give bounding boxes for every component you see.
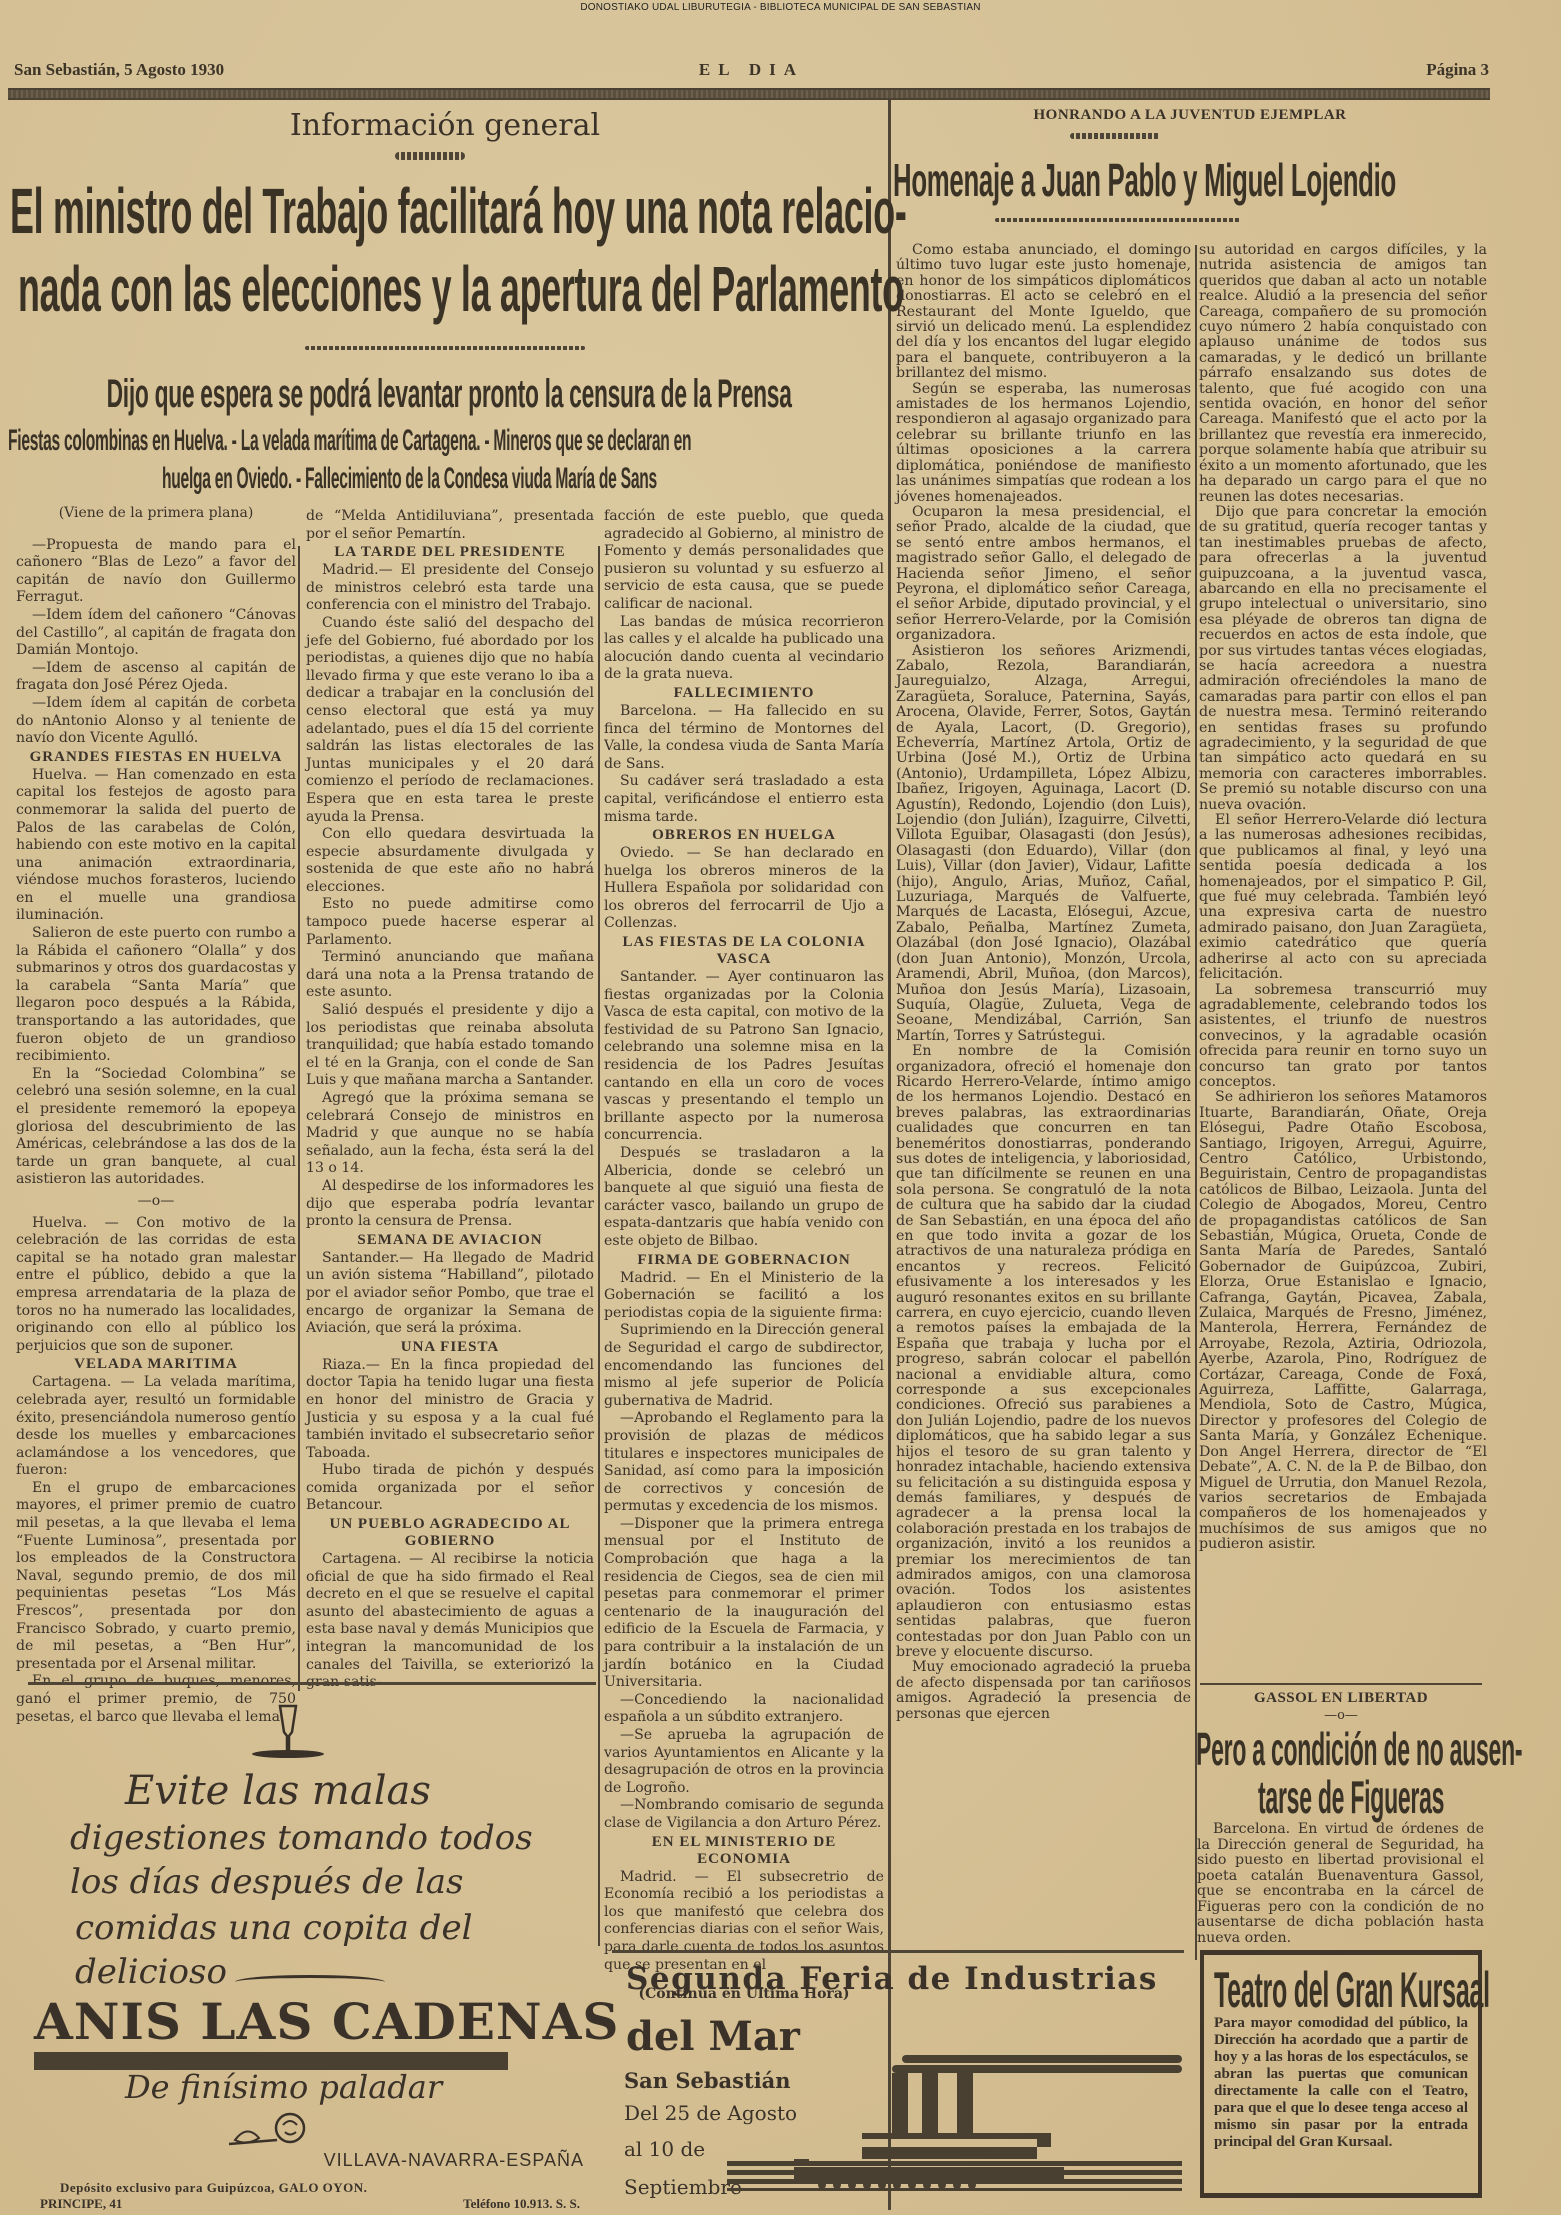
feria-dates-month: Septiembre — [624, 2175, 742, 2199]
paragraph: —Idem de ascenso al capitán de fragata d… — [16, 660, 296, 695]
rose-icon — [225, 2110, 320, 2150]
paragraph: Barcelona. En virtud de órdenes de la Di… — [1197, 1822, 1484, 1946]
homenaje-column-1: Como estaba anunciado, el domingo último… — [896, 243, 1191, 1722]
paragraph: Salieron de este puerto con rumbo a la R… — [16, 925, 296, 1066]
paragraph: Dijo que para concretar la emoción de su… — [1199, 505, 1487, 813]
paragraph: Cartagena. — Al recibirse la noticia ofi… — [306, 1551, 594, 1692]
paragraph: Santander.— Ha llegado de Madrid un avió… — [306, 1250, 594, 1338]
ad-brand: ANIS LAS CADENAS — [34, 1992, 574, 2051]
subheadline: Dijo que espera se podrá levantar pronto… — [90, 372, 808, 417]
feria-city: San Sebastián — [624, 2068, 791, 2093]
subhead-pueblo-agradecido: UN PUEBLO AGRADECIDO AL GOBIERNO — [306, 1516, 594, 1550]
paragraph: Se adhirieron los señores Matamoros Itua… — [1199, 1090, 1487, 1552]
ad-swash — [235, 1975, 385, 1989]
paragraph: Riaza.— En la finca propiedad del doctor… — [306, 1357, 594, 1463]
ad-script-line: comidas una copita del — [75, 1908, 472, 1948]
ad-divider — [28, 1682, 596, 1685]
paragraph: Oviedo. — Se han declarado en huelga los… — [604, 845, 884, 933]
article-column-2: de “Melda Antidiluviana”, presentada por… — [306, 508, 594, 1692]
library-watermark: DONOSTIAKO UDAL LIBURUTEGIA - BIBLIOTECA… — [0, 2, 1561, 13]
newspaper-name: EL DIA — [14, 60, 1489, 80]
paragraph: Cartagena. — La velada marítima, celebra… — [16, 1374, 296, 1480]
ornament-rule — [1070, 133, 1160, 139]
subhead-fallecimiento: FALLECIMIENTO — [604, 685, 884, 702]
paragraph: En el grupo de embarcaciones mayores, el… — [16, 1480, 296, 1674]
paragraph: Según se esperaba, las numerosas amistad… — [896, 382, 1191, 505]
paragraph: facción de este pueblo, que queda agrade… — [604, 508, 884, 614]
ad-phone: Teléfono 10.913. S. S. — [463, 2196, 580, 2212]
paragraph: su autoridad en cargos difíciles, y la n… — [1199, 243, 1487, 505]
ad-address: PRINCIPE, 41 — [40, 2196, 122, 2212]
paragraph: —Propuesta de mando para el cañonero “Bl… — [16, 537, 296, 607]
paragraph: —Idem ídem al capitán de corbeta do nAnt… — [16, 695, 296, 748]
kursaal-notice: Teatro del Gran Kursaal Para mayor comod… — [1200, 1950, 1482, 2198]
ad-script-line: Evite las malas — [125, 1768, 431, 1814]
paragraph: —Idem ídem del cañonero “Cánovas del Cas… — [16, 607, 296, 660]
kursaal-body: Para mayor comodidad del público, la Dir… — [1214, 2015, 1468, 2151]
anis-las-cadenas-ad: Evite las malas digestiones tomando todo… — [20, 1690, 590, 2210]
paragraph: Las bandas de música recorrieron las cal… — [604, 614, 884, 684]
paragraph: Salió después el presidente y dijo a los… — [306, 1002, 594, 1090]
ad-script-line: digestiones tomando todos — [70, 1818, 533, 1858]
paragraph: —Disponer que la primera entrega mensual… — [604, 1516, 884, 1692]
feria-title-line1: Segunda Feria de Industrias — [626, 1961, 1158, 1997]
paragraph: Barcelona. — Ha fallecido en su finca de… — [604, 703, 884, 773]
paragraph: Asistieron los señores Arizmendi, Zabalo… — [896, 644, 1191, 1045]
paragraph: —Aprobando el Reglamento para la provisi… — [604, 1410, 884, 1516]
paragraph: Con ello quedara desvirtuada la especie … — [306, 826, 594, 896]
masthead-rule — [8, 88, 1490, 100]
subhead-aviacion: SEMANA DE AVIACION — [306, 1232, 594, 1249]
paragraph: Hubo tirada de pichón y después comida o… — [306, 1462, 594, 1515]
gassol-headline-line1: Pero a condición de no ausen- — [1196, 1722, 1496, 1776]
ad-script-line: los días después de las — [70, 1862, 463, 1902]
deck-line1: Fiestas colombinas en Huelva. - La velad… — [8, 424, 887, 458]
ship-water-lines — [727, 2161, 1182, 2191]
subhead-economia: EN EL MINISTERIO DE ECONOMIA — [604, 1834, 884, 1868]
feria-dates-from: Del 25 de Agosto — [624, 2101, 797, 2125]
feria-dates-to: al 10 de — [624, 2137, 705, 2161]
separator: —o— — [16, 1193, 296, 1211]
feria-industrias-ad: Segunda Feria de Industrias del Mar San … — [612, 1955, 1192, 2210]
wine-glass-icon — [248, 1702, 328, 1762]
continued-from-note: (Viene de la primera plana) — [16, 505, 296, 523]
ad-tagline: De finísimo paladar — [125, 2068, 442, 2106]
column-divider — [888, 100, 891, 2210]
main-headline-line2: nada con las elecciones y la apertura de… — [18, 256, 880, 323]
ad-origin: VILLAVA-NAVARRA-ESPAÑA — [324, 2150, 584, 2171]
paragraph: Suprimiendo en la Dirección general de S… — [604, 1322, 884, 1410]
ad-script-line: delicioso — [75, 1952, 227, 1992]
paragraph: Santander. — Ayer continuaron las fiesta… — [604, 969, 884, 1145]
ornament-rule — [305, 346, 585, 350]
paragraph: La sobremesa transcurrió muy agradableme… — [1199, 983, 1487, 1091]
masthead: San Sebastián, 5 Agosto 1930 EL DIA Pági… — [14, 60, 1489, 86]
main-headline-line1: El ministro del Trabajo facilitará hoy u… — [10, 178, 884, 245]
right-kicker: HONRANDO A LA JUVENTUD EJEMPLAR — [900, 107, 1480, 124]
subhead-huelva: GRANDES FIESTAS EN HUELVA — [16, 749, 296, 766]
page-number: Página 3 — [1426, 60, 1489, 80]
ad-divider — [612, 1950, 1184, 1953]
gassol-kicker: GASSOL EN LIBERTAD — [1200, 1690, 1482, 1707]
paragraph: El señor Herrero-Velarde dió lectura a l… — [1199, 813, 1487, 982]
ornament-rule — [395, 152, 465, 160]
paragraph: Como estaba anunciado, el domingo último… — [896, 243, 1191, 382]
paragraph: Cuando éste salió del despacho del jefe … — [306, 615, 594, 826]
subhead-fiesta: UNA FIESTA — [306, 1339, 594, 1356]
subhead-colonia-vasca: LAS FIESTAS DE LA COLONIA VASCA — [604, 934, 884, 968]
section-title: Información general — [0, 108, 890, 143]
gassol-body: Barcelona. En virtud de órdenes de la Di… — [1197, 1822, 1484, 1946]
paragraph: Esto no puede admitirse como tampoco pue… — [306, 896, 594, 949]
paragraph: —Nombrando comisario de segunda clase de… — [604, 1797, 884, 1832]
column-divider — [598, 546, 600, 1946]
paragraph: En la “Sociedad Colombina” se celebró un… — [16, 1066, 296, 1189]
paragraph: Madrid. — En el Ministerio de la Goberna… — [604, 1270, 884, 1323]
separator: —o— — [1200, 1708, 1482, 1723]
ad-deposit: Depósito exclusivo para Guipúzcoa, GALO … — [60, 2180, 367, 2196]
column-divider — [298, 546, 300, 1691]
paragraph: Ocuparon la mesa presidencial, el señor … — [896, 505, 1191, 644]
paragraph: En nombre de la Comisión organizadora, o… — [896, 1044, 1191, 1660]
paragraph: —Se aprueba la agrupación de varios Ayun… — [604, 1727, 884, 1797]
homenaje-column-2: su autoridad en cargos difíciles, y la n… — [1199, 243, 1487, 1553]
paragraph: Terminó anunciando que mañana dará una n… — [306, 949, 594, 1002]
paragraph: Agregó que la próxima semana se celebrar… — [306, 1090, 594, 1178]
gassol-headline-line2: tarse de Figueras — [1258, 1770, 1418, 1824]
kursaal-title: Teatro del Gran Kursaal — [1214, 1961, 1474, 2015]
subhead-huelga: OBREROS EN HUELGA — [604, 827, 884, 844]
paragraph: de “Melda Antidiluviana”, presentada por… — [306, 508, 594, 543]
subhead-velada: VELADA MARITIMA — [16, 1356, 296, 1373]
paragraph: Madrid.— El presidente del Consejo de mi… — [306, 562, 594, 615]
right-headline: Homenaje a Juan Pablo y Miguel Lojendio — [893, 153, 1481, 207]
paragraph: Huelva. — Con motivo de la celebración d… — [16, 1215, 296, 1356]
newspaper-page: DONOSTIAKO UDAL LIBURUTEGIA - BIBLIOTECA… — [0, 0, 1561, 2215]
paragraph: —Concediendo la nacionalidad española a … — [604, 1692, 884, 1727]
subhead-tarde-presidente: LA TARDE DEL PRESIDENTE — [306, 544, 594, 561]
column-divider — [1195, 245, 1197, 1960]
paragraph: Huelva. — Han comenzado en esta capital … — [16, 767, 296, 925]
paragraph: Su cadáver será trasladado a esta capita… — [604, 773, 884, 826]
subhead-gobernacion: FIRMA DE GOBERNACION — [604, 1252, 884, 1269]
article-column-1: (Viene de la primera plana) —Propuesta d… — [16, 505, 296, 1726]
deck-line2: huelga en Oviedo. - Fallecimiento de la … — [162, 462, 750, 496]
paragraph: Después se trasladaron a la Albericia, d… — [604, 1145, 884, 1251]
ornament-rule — [995, 218, 1240, 222]
paragraph: Muy emocionado agradeció la prueba de af… — [896, 1660, 1191, 1722]
paragraph: Al despedirse de los informadores les di… — [306, 1178, 594, 1231]
feria-title-line2: del Mar — [626, 2013, 800, 2060]
article-column-3: facción de este pueblo, que queda agrade… — [604, 508, 884, 2018]
article-divider — [1200, 1683, 1482, 1685]
